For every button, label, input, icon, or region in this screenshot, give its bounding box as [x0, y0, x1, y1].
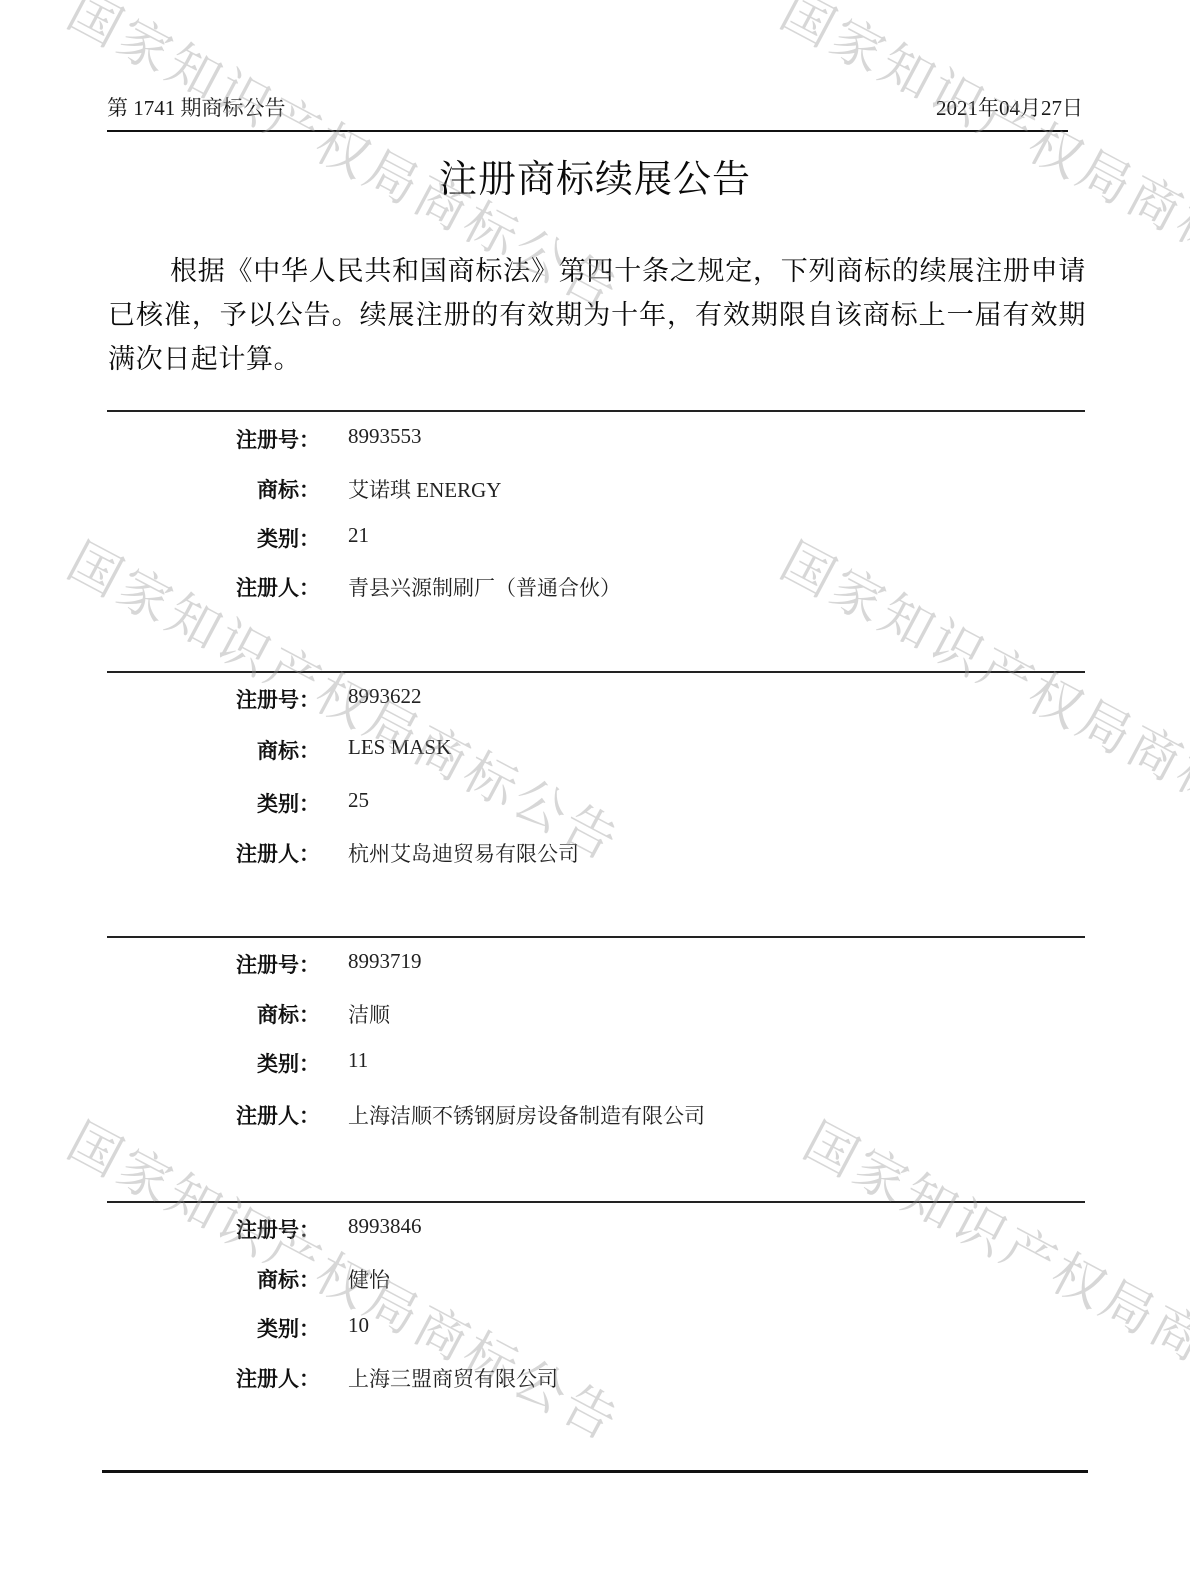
class-value: 21: [348, 523, 369, 548]
mark-label: 商标：: [257, 999, 320, 1029]
class-value: 11: [348, 1048, 368, 1073]
class-label: 类别：: [257, 523, 320, 553]
entry-divider: [107, 671, 1085, 673]
publication-date: 2021年04月27日: [936, 92, 1083, 122]
class-label: 类别：: [257, 1048, 320, 1078]
page-title: 注册商标续展公告: [0, 148, 1190, 203]
intro-paragraph: 根据《中华人民共和国商标法》第四十条之规定，下列商标的续展注册申请已核准，予以公…: [108, 250, 1086, 382]
announcement-page: 第 1741 期商标公告 2021年04月27日 注册商标续展公告 根据《中华人…: [0, 0, 1190, 1596]
reg-no-label: 注册号：: [236, 684, 320, 714]
entry-divider: [107, 936, 1085, 938]
class-row: 类别： 11: [0, 1048, 1190, 1078]
class-label: 类别：: [257, 1313, 320, 1343]
reg-no-row: 注册号： 8993553: [0, 424, 1190, 454]
reg-no-value: 8993622: [348, 684, 422, 709]
class-row: 类别： 10: [0, 1313, 1190, 1343]
registrant-row: 注册人： 杭州艾岛迪贸易有限公司: [0, 838, 1190, 868]
registrant-label: 注册人：: [236, 838, 320, 868]
class-row: 类别： 21: [0, 523, 1190, 553]
mark-value: 健怡: [348, 1264, 390, 1294]
entry-divider: [107, 1201, 1085, 1203]
registrant-label: 注册人：: [236, 1363, 320, 1393]
registrant-value: 上海三盟商贸有限公司: [348, 1363, 558, 1393]
registrant-value: 青县兴源制刷厂（普通合伙）: [348, 572, 621, 602]
registrant-label: 注册人：: [236, 1100, 320, 1130]
mark-label: 商标：: [257, 1264, 320, 1294]
reg-no-value: 8993846: [348, 1214, 422, 1239]
class-value: 25: [348, 788, 369, 813]
mark-label: 商标：: [257, 735, 320, 765]
reg-no-row: 注册号： 8993719: [0, 949, 1190, 979]
mark-label: 商标：: [257, 474, 320, 504]
reg-no-label: 注册号：: [236, 1214, 320, 1244]
registrant-label: 注册人：: [236, 572, 320, 602]
mark-row: 商标： 洁顺: [0, 999, 1190, 1029]
issue-number: 第 1741 期商标公告: [107, 92, 286, 122]
reg-no-row: 注册号： 8993846: [0, 1214, 1190, 1244]
registrant-row: 注册人： 上海三盟商贸有限公司: [0, 1363, 1190, 1393]
registrant-value: 杭州艾岛迪贸易有限公司: [348, 838, 579, 868]
reg-no-label: 注册号：: [236, 949, 320, 979]
entry-divider: [107, 410, 1085, 412]
mark-row: 商标： 艾诺琪 ENERGY: [0, 474, 1190, 504]
mark-value: 艾诺琪 ENERGY: [348, 474, 501, 504]
registrant-row: 注册人： 青县兴源制刷厂（普通合伙）: [0, 572, 1190, 602]
class-row: 类别： 25: [0, 788, 1190, 818]
reg-no-value: 8993553: [348, 424, 422, 449]
footer-divider: [102, 1470, 1088, 1473]
mark-row: 商标： LES MASK: [0, 735, 1190, 765]
reg-no-label: 注册号：: [236, 424, 320, 454]
class-value: 10: [348, 1313, 369, 1338]
registrant-value: 上海洁顺不锈钢厨房设备制造有限公司: [348, 1100, 705, 1130]
registrant-row: 注册人： 上海洁顺不锈钢厨房设备制造有限公司: [0, 1100, 1190, 1130]
reg-no-row: 注册号： 8993622: [0, 684, 1190, 714]
mark-value: LES MASK: [348, 735, 451, 760]
mark-value: 洁顺: [348, 999, 390, 1029]
mark-row: 商标： 健怡: [0, 1264, 1190, 1294]
header-divider: [107, 130, 1068, 132]
class-label: 类别：: [257, 788, 320, 818]
reg-no-value: 8993719: [348, 949, 422, 974]
